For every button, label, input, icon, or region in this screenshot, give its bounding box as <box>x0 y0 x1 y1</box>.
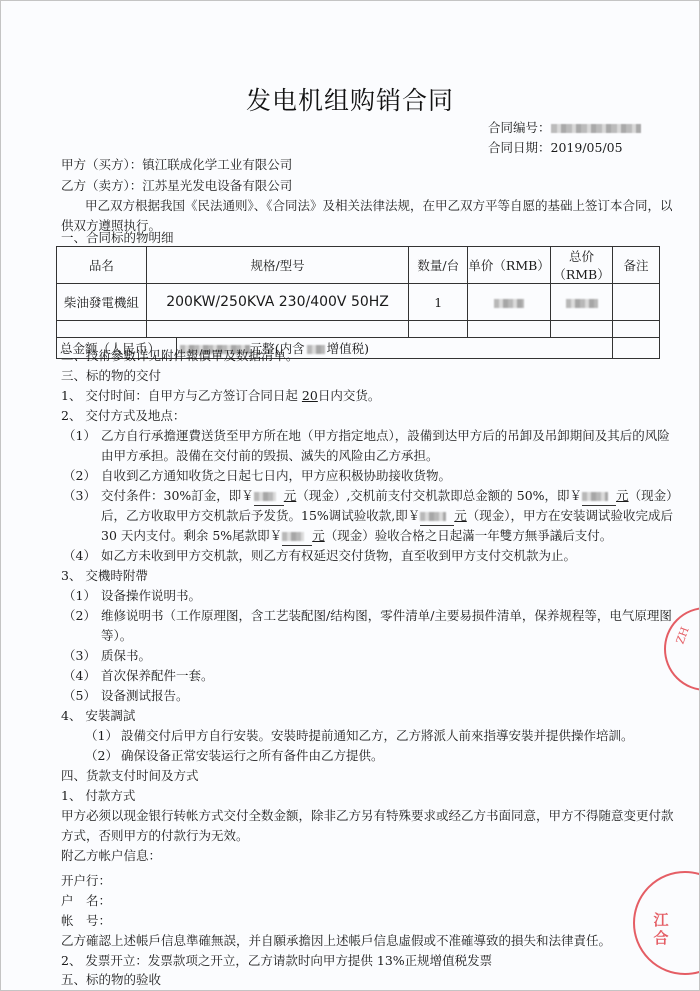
section2-heading: 二、技術參數详见附件報價單及数据清单。 <box>61 347 299 365</box>
header-qty: 数量/台 <box>409 247 468 284</box>
table-row <box>57 321 660 338</box>
attachment-5: 设备测试报告。 <box>101 687 189 705</box>
attachment-4: 首次保养配件一套。 <box>101 667 214 685</box>
attachment-num-4: （4） <box>63 667 96 685</box>
cell-name: 柴油發電機組 <box>57 284 147 321</box>
header-spec: 规格/型号 <box>146 247 409 284</box>
commissioning-amount-redacted <box>420 507 454 526</box>
delivery-sub-2-line-1: 自收到乙方通知收货之日起七日内，甲方应积极协助接收货物。 <box>101 467 451 485</box>
header-note: 备注 <box>613 247 660 284</box>
delivery-sub-num-4: （4） <box>63 547 96 565</box>
vat-redacted <box>307 345 325 354</box>
payment-terms-line-2: 后，乙方收取甲方交机款后予发货。15%调试验收款,即￥元（现金），甲方在安装调试… <box>101 507 673 526</box>
attachment-3: 质保书。 <box>101 647 151 665</box>
table-header-row: 品名 规格/型号 数量/台 单价（RMB） 总价（RMB） 备注 <box>57 247 660 284</box>
table-row: 柴油發電機組 200KW/250KVA 230/400V 50HZ 1 <box>57 284 660 321</box>
stamp-text-top: ZH <box>674 625 692 646</box>
section1-heading: 一、合同标的物明细 <box>61 229 174 247</box>
delivery-method-heading: 2、 交付方式及地点： <box>61 407 185 425</box>
delivery-sub-num-2: （2） <box>63 467 96 485</box>
total-price-redacted <box>566 299 598 308</box>
account-intro: 附乙方帐户信息： <box>61 847 161 865</box>
payment-terms-line-1: 交付条件：30%訂金，即￥元（现金）,交机前支付交机款即总金额的 50%，即￥元… <box>101 487 679 506</box>
document-title: 发电机组购销合同 <box>1 81 699 117</box>
cell-note <box>613 321 660 338</box>
cell-name <box>57 321 147 338</box>
delivery-days: 20 <box>302 388 318 403</box>
attachments-heading: 3、 交機時附帶 <box>61 567 148 585</box>
bank-label: 开户行： <box>61 872 111 890</box>
payment-method-line-1: 甲方必须以现金银行转帐方式交付全数金额，除非乙方另有特殊要求或经乙方书面同意，甲… <box>61 807 674 825</box>
preamble-line-1: 甲乙双方根据我国《民法通则》、《合同法》及相关法律法规，在甲乙双方平等自愿的基础… <box>85 197 673 215</box>
attachment-num-3: （3） <box>63 647 96 665</box>
cell-qty <box>409 321 468 338</box>
commissioning-terms: （现金），甲方在安装调试验收完成后 <box>467 508 673 523</box>
account-name-label: 户 名： <box>61 892 111 910</box>
seller-line: 乙方（卖方）：江苏星光发电设备有限公司 <box>61 177 292 195</box>
cell-unit-price <box>468 284 551 321</box>
retention-terms: （现金）验收合格之日起滿一年雙方無爭議后支付。 <box>325 528 613 543</box>
cell-spec: 200KW/250KVA 230/400V 50HZ <box>146 284 409 321</box>
attachment-1: 设备操作说明书。 <box>101 587 201 605</box>
delivery-sub-1-line-2: 由甲方承担。設備在交付前的毁损、滅失的风险由乙方承担。 <box>101 447 439 465</box>
cell-note <box>613 338 660 359</box>
attachment-num-5: （5） <box>63 687 96 705</box>
vat-suffix: 增值税) <box>327 341 369 356</box>
delivery-time: 1、 交付时间：自甲方与乙方签订合同日起 20日内交货。 <box>61 387 380 405</box>
retention-amount-redacted <box>282 527 312 546</box>
installation-heading: 4、 安裝調試 <box>61 707 135 725</box>
pre-delivery-amount-redacted <box>582 487 616 506</box>
account-number-label: 帐 号： <box>61 912 111 930</box>
contract-number-redacted <box>551 124 641 133</box>
yuan-label: 元 <box>454 508 467 523</box>
unit-price-redacted <box>494 299 524 308</box>
contract-date-value: 2019/05/05 <box>551 140 623 155</box>
contract-page: 发电机组购销合同 合同编号： 合同日期：2019/05/05 甲方（买方）：镇江… <box>0 0 700 991</box>
delivery-sub-1-line-1: 乙方自行承擔運費送货至甲方所在地（甲方指定地点），設備到达甲方后的吊卸及吊卸期间… <box>101 427 670 445</box>
attachment-num-1: （1） <box>63 587 96 605</box>
attachment-num-2: （2） <box>63 607 96 625</box>
header-total-price: 总价（RMB） <box>551 247 613 284</box>
cell-spec <box>146 321 409 338</box>
contract-date: 合同日期：2019/05/05 <box>488 138 623 156</box>
yuan-label: 元 <box>284 488 297 503</box>
install-2: 确保设备正常安装运行之所有备件由乙方提供。 <box>121 747 384 765</box>
header-unit-price: 单价（RMB） <box>468 247 551 284</box>
install-num-2: （2） <box>85 747 118 765</box>
delivery-sub-num-1: （1） <box>63 427 96 445</box>
attachment-2: 维修说明书（工作原理图，含工艺装配图/结构图，零件清单/主要易损件清单，保养规程… <box>101 607 672 625</box>
install-1: 設備交付后甲方自行安裝。安裝時提前通知乙方，乙方將派人前來指導安裝并提供操作培訓… <box>121 727 634 745</box>
cell-qty: 1 <box>409 284 468 321</box>
section5-heading: 五、标的物的验收 <box>61 971 161 989</box>
stamp-text-bottom: 江 合 <box>651 911 671 947</box>
yuan-label: 元 <box>312 528 325 543</box>
delivery-time-prefix: 1、 交付时间：自甲方与乙方签订合同日起 <box>61 388 298 403</box>
section3-heading: 三、标的物的交付 <box>61 367 161 385</box>
delivery-sub-4-line-1: 如乙方未收到甲方交机款，则乙方有权延迟交付货物，直至收到甲方支付交机款为止。 <box>101 547 576 565</box>
delivery-sub-num-3: （3） <box>63 487 96 505</box>
cell-note <box>613 284 660 321</box>
payment-method-heading: 1、 付款方式 <box>61 787 135 805</box>
commissioning-text: 后，乙方收取甲方交机款后予发货。15%调试验收款,即￥ <box>101 508 420 523</box>
retention-text: 30 天内支付。剩余 5%尾款即￥ <box>101 528 282 543</box>
install-num-1: （1） <box>85 727 118 745</box>
account-confirm: 乙方確認上述帳戶信息準確無誤，并自願承擔因上述帳戶信息虛假或不准確導致的損失和法… <box>61 932 611 950</box>
deposit-amount-redacted <box>254 487 284 506</box>
contract-date-label: 合同日期： <box>488 140 551 155</box>
attachment-2-cont: 等）。 <box>101 627 132 645</box>
deposit-text: 交付条件：30%訂金，即￥ <box>101 488 254 503</box>
invoice-line: 2、 发票开立：发票款项之开立，乙方请款时向甲方提供 13%正规增值税发票 <box>61 952 492 970</box>
cash-label: （现金） <box>629 488 679 503</box>
header-name: 品名 <box>57 247 147 284</box>
delivery-time-suffix: 日内交货。 <box>318 388 381 403</box>
company-stamp-bottom: 江 合 <box>633 871 700 975</box>
cell-unit-price <box>468 321 551 338</box>
contract-number-label: 合同编号： <box>488 120 551 135</box>
payment-terms-line-3: 30 天内支付。剩余 5%尾款即￥元（现金）验收合格之日起滿一年雙方無爭議后支付… <box>101 527 612 546</box>
yuan-label: 元 <box>616 488 629 503</box>
buyer-line: 甲方（买方）：镇江联成化学工业有限公司 <box>61 156 292 174</box>
contract-number: 合同编号： <box>488 118 641 136</box>
cell-total-price <box>551 321 613 338</box>
cell-total-price <box>551 284 613 321</box>
pre-delivery-text: （现金）,交机前支付交机款即总金额的 50%，即￥ <box>296 488 582 503</box>
payment-method-line-2: 方式，否则甲方的付款行为无效。 <box>61 827 249 845</box>
section4-heading: 四、货款支付时间及方式 <box>61 767 199 785</box>
items-table: 品名 规格/型号 数量/台 单价（RMB） 总价（RMB） 备注 柴油發電機組 … <box>56 246 660 359</box>
